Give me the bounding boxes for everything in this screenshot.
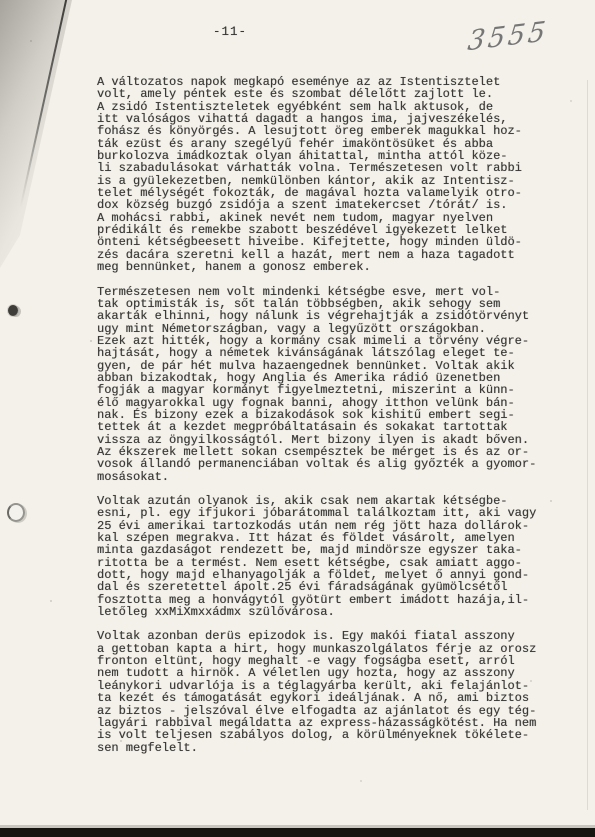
punch-hole-top	[8, 305, 18, 316]
text-line: sen megfelelt.	[97, 742, 557, 754]
text-line: mosásokat.	[97, 471, 557, 483]
text-line: minta gazdaságot rendezett be, majd mind…	[97, 544, 557, 556]
text-line: önteni kétségbeesett hiveibe. Kifejtette…	[97, 236, 557, 248]
paragraph: A változatos napok megkapó eseménye az a…	[97, 76, 557, 274]
text-line: nem tudott a hirnök. A véletlen ugy hozt…	[97, 667, 557, 679]
text-line: hajtását, hogy a németek kivánságának lá…	[97, 347, 557, 359]
text-line: fohász és könyörgés. A lesujtott öreg em…	[97, 125, 557, 137]
paragraph: Voltak azután olyanok is, akik csak nem …	[97, 495, 557, 618]
paragraph: Voltak azonban derüs epizodok is. Egy ma…	[97, 630, 557, 753]
document-body: A változatos napok megkapó eseménye az a…	[97, 76, 557, 766]
text-line: fogják a magyar kormányt figyelmeztetni,…	[97, 384, 557, 396]
text-line: dal és szeretettel ápolt.25 évi fáradság…	[97, 581, 557, 593]
text-line: tettek át a kezdet megpróbáltatásain és …	[97, 421, 557, 433]
text-line: vosok állandó permanenciában voltak és a…	[97, 458, 557, 470]
page-fold-shadow	[0, 0, 90, 270]
text-line: az biztos - jelszóval élve elfogadta az …	[97, 705, 557, 717]
punch-hole-bottom	[7, 503, 25, 522]
text-line: akarták elhinni, hogy nálunk is végrehaj…	[97, 310, 557, 322]
text-line: is volt teljesen szabályos dolog, a körü…	[97, 729, 557, 741]
scan-bottom-edge	[0, 828, 595, 837]
page-fold-crease	[20, 0, 68, 207]
scanned-page: -11- 3555 A változatos napok megkapó ese…	[0, 0, 595, 837]
text-line: Voltak azonban derüs epizodok is. Egy ma…	[97, 630, 557, 642]
text-line: ta kezét és támogatását egykori ideálján…	[97, 692, 557, 704]
text-line: li szabadulásokat várhatták volna. Termé…	[97, 162, 557, 174]
paper-texture	[30, 40, 32, 42]
text-line: Természetesen nem volt mindenki kétségbe…	[97, 286, 557, 298]
text-line: esni, pl. egy ifjukori jóbarátommal talá…	[97, 507, 557, 519]
text-line: meg bennünket, hanem a gonosz emberek.	[97, 261, 557, 273]
text-line: volt, amely péntek este és szombat délel…	[97, 88, 557, 100]
page-number: -11-	[213, 25, 247, 39]
page-right-edge	[587, 80, 588, 810]
text-line: dox község buzgó zsidója a szent imateke…	[97, 199, 557, 211]
paragraph: Természetesen nem volt mindenki kétségbe…	[97, 286, 557, 484]
handwritten-number: 3555	[466, 16, 550, 58]
text-line: letőleg xxMiXmxxádmx szülővárosa.	[97, 606, 557, 618]
